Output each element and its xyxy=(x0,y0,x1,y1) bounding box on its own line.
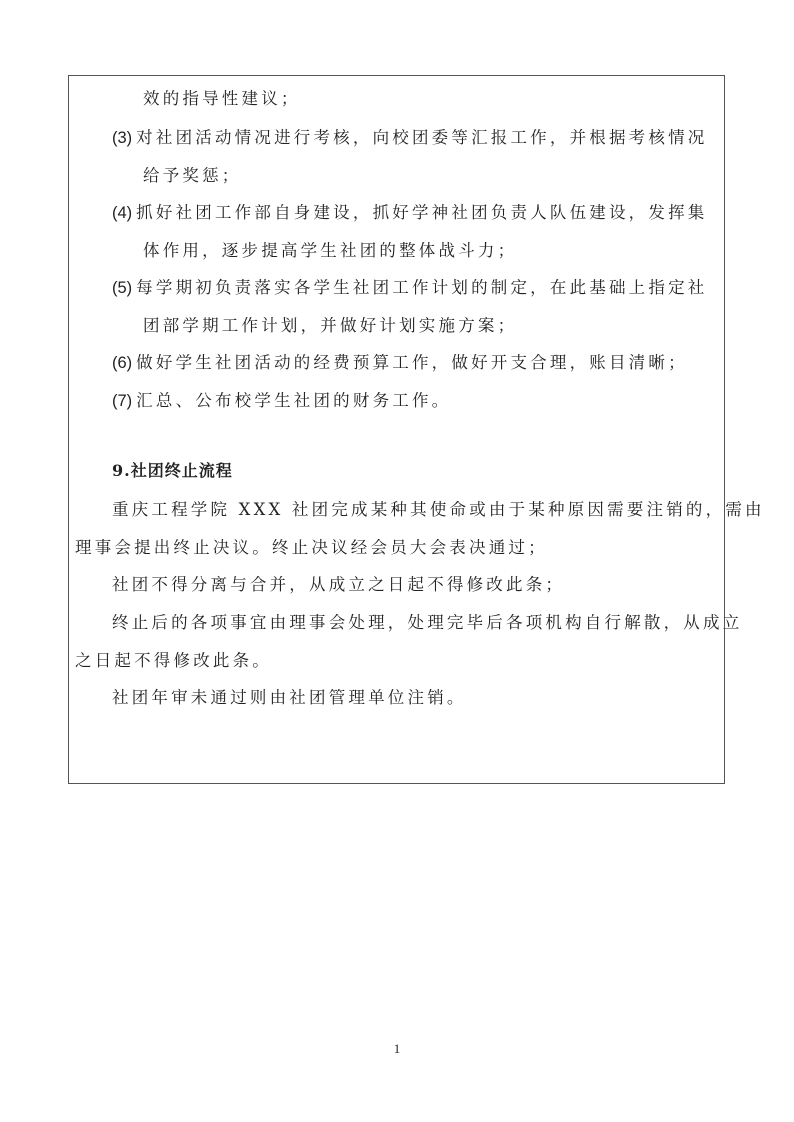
page-number: 1 xyxy=(0,1041,794,1057)
paragraph-4: 社团年审未通过则由社团管理单位注销。 xyxy=(112,688,467,708)
paragraph-1-line-1: 重庆工程学院 XXX 社团完成某种其使命或由于某种原因需要注销的，需由 xyxy=(112,500,765,520)
list-item-6: (6)做好学生社团活动的经费预算工作，做好开支合理，账目清晰； xyxy=(112,353,688,373)
list-item-3: (3)对社团活动情况进行考核，向校团委等汇报工作，并根据考核情况 xyxy=(112,128,707,148)
paragraph-3-line-1: 终止后的各项事宜由理事会处理，处理完毕后各项机构自行解散，从成立 xyxy=(112,613,742,633)
list-item-3-cont: 给予奖惩； xyxy=(143,166,242,186)
paragraph-2: 社团不得分离与合并，从成立之日起不得修改此条； xyxy=(112,575,565,595)
paragraph-3-line-2: 之日起不得修改此条。 xyxy=(75,651,272,671)
list-item-continuation: 效的指导性建议； xyxy=(143,89,301,109)
section-heading: 9.社团终止流程 xyxy=(112,461,233,481)
list-item-4-cont: 体作用，逐步提高学生社团的整体战斗力； xyxy=(143,241,517,261)
paragraph-1-line-2: 理事会提出终止决议。终止决议经会员大会表决通过； xyxy=(75,538,548,558)
list-item-5: (5)每学期初负责落实各学生社团工作计划的制定，在此基础上指定社 xyxy=(112,278,707,298)
list-item-7: (7)汇总、公布校学生社团的财务工作。 xyxy=(112,391,451,411)
list-item-4: (4)抓好社团工作部自身建设，抓好学神社团负责人队伍建设，发挥集 xyxy=(112,203,707,223)
list-item-5-cont: 团部学期工作计划，并做好计划实施方案； xyxy=(143,316,517,336)
